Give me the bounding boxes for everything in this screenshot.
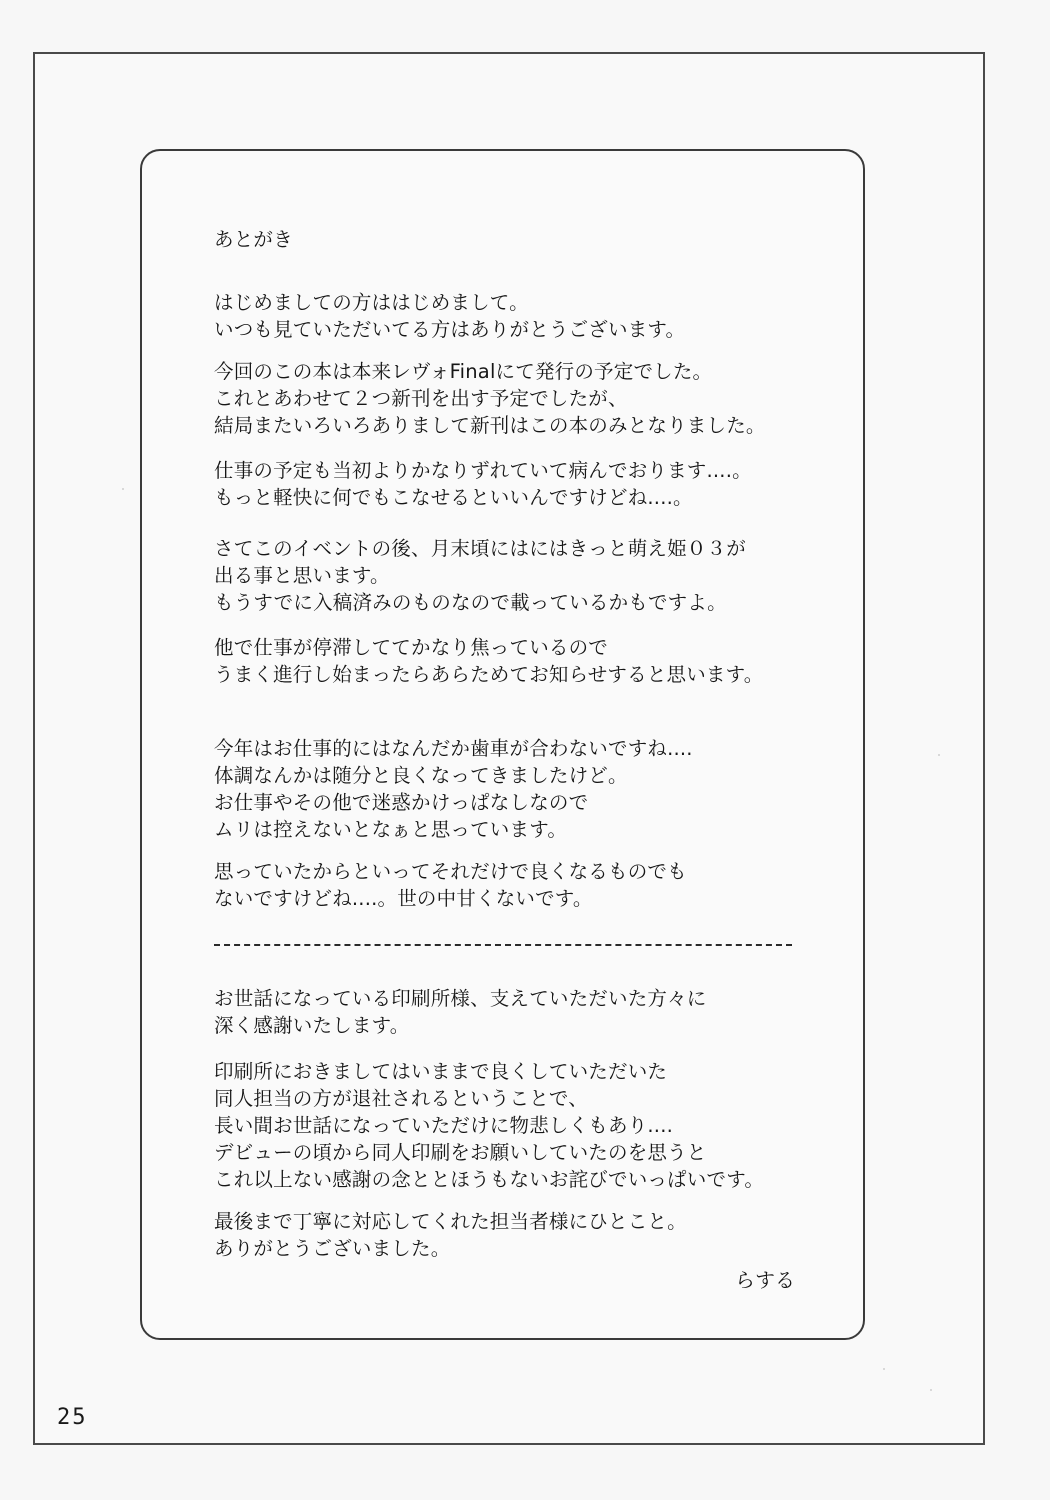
text-line: うまく進行し始まったらあらためてお知らせすると思います。 <box>214 661 814 688</box>
paragraph-moehime: さてこのイベントの後、月末頃にはにはきっと萌え姫０３が 出る事と思います。 もう… <box>214 535 814 616</box>
paragraph-greeting: はじめましての方ははじめまして。 いつも見ていただいてる方はありがとうございます… <box>214 289 814 343</box>
text-line: お仕事やその他で迷惑かけっぱなしなので <box>214 789 814 816</box>
text-line: これとあわせて２つ新刊を出す予定でしたが、 <box>214 385 814 412</box>
scan-speck <box>122 488 124 490</box>
title-text: あとがき <box>214 226 814 253</box>
page-number: 25 <box>57 1405 88 1430</box>
paragraph-publication: 今回のこの本は本来レヴォFinalにて発行の予定でした。 これとあわせて２つ新刊… <box>214 358 814 439</box>
text-line: 出る事と思います。 <box>214 562 814 589</box>
text-line: もっと軽快に何でもこなせるといいんですけどね....。 <box>214 484 814 511</box>
paragraph-work-schedule: 仕事の予定も当初よりかなりずれていて病んでおります....。 もっと軽快に何でも… <box>214 457 814 511</box>
text-line: 仕事の予定も当初よりかなりずれていて病んでおります....。 <box>214 457 814 484</box>
text-line: 深く感謝いたします。 <box>214 1012 814 1039</box>
paragraph-thanks-printer: お世話になっている印刷所様、支えていただいた方々に 深く感謝いたします。 <box>214 985 814 1039</box>
text-line: もうすでに入稿済みのものなので載っているかもですよ。 <box>214 589 814 616</box>
text-line: 思っていたからといってそれだけで良くなるものでも <box>214 858 814 885</box>
dashed-divider <box>214 944 792 946</box>
paragraph-this-year: 今年はお仕事的にはなんだか歯車が合わないですね.... 体調なんかは随分と良くな… <box>214 735 814 843</box>
text-line: 他で仕事が停滞しててかなり焦っているので <box>214 634 814 661</box>
paragraph-world-not-sweet: 思っていたからといってそれだけで良くなるものでも ないですけどね....。世の中… <box>214 858 814 912</box>
text-line: 体調なんかは随分と良くなってきましたけど。 <box>214 762 814 789</box>
text-line: いつも見ていただいてる方はありがとうございます。 <box>214 316 814 343</box>
text-line: 今年はお仕事的にはなんだか歯車が合わないですね.... <box>214 735 814 762</box>
scan-speck <box>930 1389 932 1391</box>
text-line: 印刷所におきましてはいままで良くしていただいた <box>214 1058 814 1085</box>
text-line: 長い間お世話になっていただけに物悲しくもあり.... <box>214 1112 814 1139</box>
text-line: さてこのイベントの後、月末頃にはにはきっと萌え姫０３が <box>214 535 814 562</box>
text-line: 今回のこの本は本来レヴォFinalにて発行の予定でした。 <box>214 358 814 385</box>
afterword-title: あとがき <box>214 226 814 253</box>
text-line: はじめましての方ははじめまして。 <box>214 289 814 316</box>
paragraph-printer-staff: 印刷所におきましてはいままで良くしていただいた 同人担当の方が退社されるというこ… <box>214 1058 814 1193</box>
text-line: ないですけどね....。世の中甘くないです。 <box>214 885 814 912</box>
paragraph-stagnation: 他で仕事が停滞しててかなり焦っているので うまく進行し始まったらあらためてお知ら… <box>214 634 814 688</box>
text-line: 同人担当の方が退社されるということで、 <box>214 1085 814 1112</box>
text-line: 結局またいろいろありまして新刊はこの本のみとなりました。 <box>214 412 814 439</box>
author-signature: らする <box>735 1264 795 1293</box>
text-line: これ以上ない感謝の念ととほうもないお詫びでいっぱいです。 <box>214 1166 814 1193</box>
scan-speck <box>938 754 940 756</box>
paragraph-final-thanks: 最後まで丁寧に対応してくれた担当者様にひとこと。 ありがとうございました。 <box>214 1208 814 1262</box>
scan-speck <box>883 1368 885 1370</box>
text-line: 最後まで丁寧に対応してくれた担当者様にひとこと。 <box>214 1208 814 1235</box>
text-line: デビューの頃から同人印刷をお願いしていたのを思うと <box>214 1139 814 1166</box>
text-line: ありがとうございました。 <box>214 1235 814 1262</box>
text-line: お世話になっている印刷所様、支えていただいた方々に <box>214 985 814 1012</box>
text-line: ムリは控えないとなぁと思っています。 <box>214 816 814 843</box>
